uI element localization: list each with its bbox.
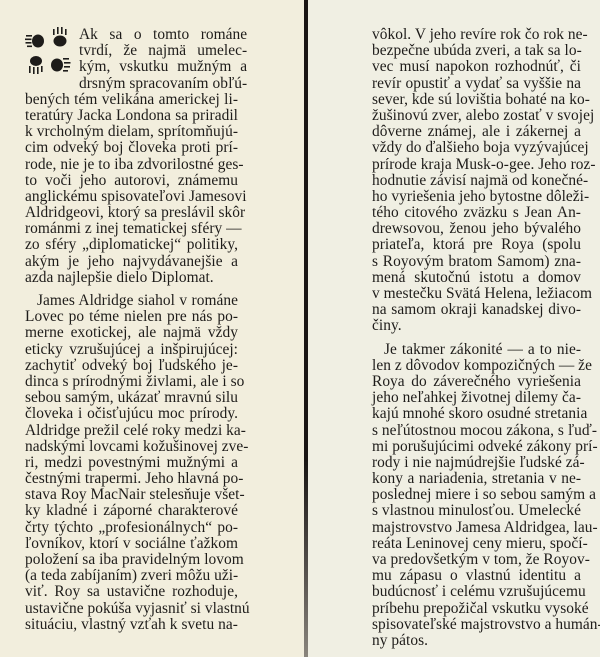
text-line: tvrdí, že najmä umelec- (79, 43, 247, 59)
text-line: rode, nie je to iba zdvorilostné ges- (25, 157, 238, 173)
text-line: len z dôvodov kompozičných — že (372, 358, 581, 374)
text-line: va predovšetkým v tom, že Royov- (372, 552, 581, 568)
text-line: príbehu prepožičal vskutku vysoké (372, 601, 581, 617)
text-line: ri, medzi povestnými mužnými a (25, 455, 238, 471)
right-text-column: vôkol. V jeho revíre rok čo rok ne- bezp… (372, 27, 581, 649)
text-line: vec musí napokon rozhodnúť, či (372, 59, 581, 75)
text-line: majstrovstvo Jamesa Aldridgea, lau- (372, 520, 581, 536)
text-line: (a teda zabíjaním) zveri môžu uži- (25, 568, 238, 584)
text-line: drsným spracovaním obľú- (79, 76, 247, 92)
text-line: zachytiť odveký boj ľudského je- (25, 358, 238, 374)
text-line: ky kladné i záporné charakterové (25, 503, 238, 519)
text-line: žušinovú zver, alebo zostať v svojej (372, 108, 581, 124)
text-line: tého citového zväzku s Jean An- (372, 205, 581, 221)
text-line: románmi z inej tematickej sféry — (25, 221, 238, 237)
text-line: spisovateľské majstrovstvo a humán- (372, 617, 581, 633)
text-line: kony a nariadenia, stretania v ne- (372, 471, 581, 487)
text-line: anglickému spisovateľovi Jamesovi (25, 189, 238, 205)
text-line: ľovníkov, ktorí v sociálne ťažkom (25, 536, 238, 552)
text-line: kým, vskutku mužným a (79, 59, 247, 75)
text-line: čestnými trapermi. Jeho hlavná po- (25, 471, 238, 487)
text-line: mi porušujúcimi odveké zákony prí- (372, 439, 581, 455)
text-line: hodnutie závisí najmä od konečné- (372, 173, 581, 189)
text-line: s neľútostnou mocou zákona, s ľuď- (372, 423, 581, 439)
text-line: kajú mnohé skoro osudné stretania (372, 406, 581, 422)
text-line: bených tém velikána americkej li- (25, 92, 238, 108)
text-line: črty týchto „profesionálnych“ po- (25, 520, 238, 536)
text-line: jeho neľahkej životnej dilemy ča- (372, 390, 581, 406)
left-text-column: Ak sa o tomto románe tvrdí, že najmä ume… (25, 27, 238, 633)
text-line: mená skutočnú istotu a domov (372, 270, 581, 286)
text-line: vôkol. V jeho revíre rok čo rok ne- (372, 27, 581, 43)
text-line: v mestečku Svätá Helena, ležiacom (372, 286, 581, 302)
text-line: ny pátos. (372, 633, 581, 649)
text-line: situáciu, vlastný vzťah k svetu na- (25, 617, 238, 633)
text-line: merne exotickej, ale najmä vždy (25, 325, 238, 341)
text-line: človeka i očisťujúcu moc prírody. (25, 406, 238, 422)
text-line: bezpečne ubúda zveri, a tak sa lo- (372, 43, 581, 59)
text-line: reáta Leninovej ceny mieru, spočí- (372, 536, 581, 552)
text-line: viť. Roy sa ustavične rozhoduje, (25, 584, 238, 600)
text-line: stava Roy MacNair stelesňuje všet- (25, 487, 238, 503)
text-line: vždy do ďalšieho boja vyzývajúcej (372, 140, 581, 156)
text-line: Roya do záverečného vyriešenia (372, 374, 581, 390)
text-line: k vrcholným dielam, sprítomňujú- (25, 124, 238, 140)
fold-divider (304, 0, 308, 657)
text-line: zo sféry „diplomatickej“ politiky, (25, 237, 238, 253)
text-line: nadskými lovcami kožušinovej zve- (25, 439, 238, 455)
text-line: James Aldridge siahol v románe (25, 293, 238, 309)
text-line: na samom okraji kanadskej divo- (372, 302, 581, 318)
text-line: dôverne známej, ale i zákernej a (372, 124, 581, 140)
text-line: sever, kde sú lovištia bohaté na ko- (372, 92, 581, 108)
text-line: priateľa, ktorá pre Roya (spolu (372, 237, 581, 253)
opening-block: Ak sa o tomto románe tvrdí, že najmä ume… (25, 27, 238, 92)
text-line: ho vyriešenia jeho bytostne dôleži- (372, 189, 581, 205)
text-line: s vlastnou minulosťou. Umelecké (372, 503, 581, 519)
text-line: položení sa iba pravidelným lovom (25, 552, 238, 568)
text-line: Aldridgeovi, ktorý sa preslávil skôr (25, 205, 238, 221)
text-line: Je takmer zákonité — a to nie- (372, 342, 581, 358)
text-line: azda najlepšie dielo Diplomat. (25, 270, 238, 286)
text-line: drewsovou, ženou jeho bývalého (372, 221, 581, 237)
text-line: budúcnosť i celému vzrušujúcemu (372, 584, 581, 600)
text-line: eticky vzrušujúcej a inšpirujúcej: (25, 342, 238, 358)
text-line: Ak sa o tomto románe (79, 27, 247, 43)
text-line: to voči jeho autorovi, známemu (25, 173, 238, 189)
text-line: cim odveký boj človeka proti prí- (25, 140, 238, 156)
text-line: činy. (372, 318, 581, 334)
text-line: s Royovým bratom Samom) zna- (372, 254, 581, 270)
text-line: akým je jeho najvydávanejšie a (25, 254, 238, 270)
drop-lines: Ak sa o tomto románe tvrdí, že najmä ume… (79, 27, 247, 92)
text-line: mu zápasu o vlastnú identitu a (372, 568, 581, 584)
text-line: dinca s prírodnými živlami, ale i so (25, 374, 238, 390)
text-line: revír opustiť a vydať sa vyššie na (372, 76, 581, 92)
text-line: sebou samým, ukázať mravnú silu (25, 390, 238, 406)
text-line: prírode kraja Musk-o-gee. Jeho roz- (372, 157, 581, 173)
text-line: poslednej miere i so sebou samým a (372, 487, 581, 503)
text-line: ustavične pokúša vyjasniť si vlastnú (25, 601, 238, 617)
text-line: teratúry Jacka Londona sa priradil (25, 108, 238, 124)
text-line: Lovec po téme nielen pre nás po- (25, 309, 238, 325)
text-line: Aldridge prežil celé roky medzi ka- (25, 423, 238, 439)
text-line: rody i nie najmúdrejšie ľudské zá- (372, 455, 581, 471)
paw-prints-icon (25, 29, 71, 77)
